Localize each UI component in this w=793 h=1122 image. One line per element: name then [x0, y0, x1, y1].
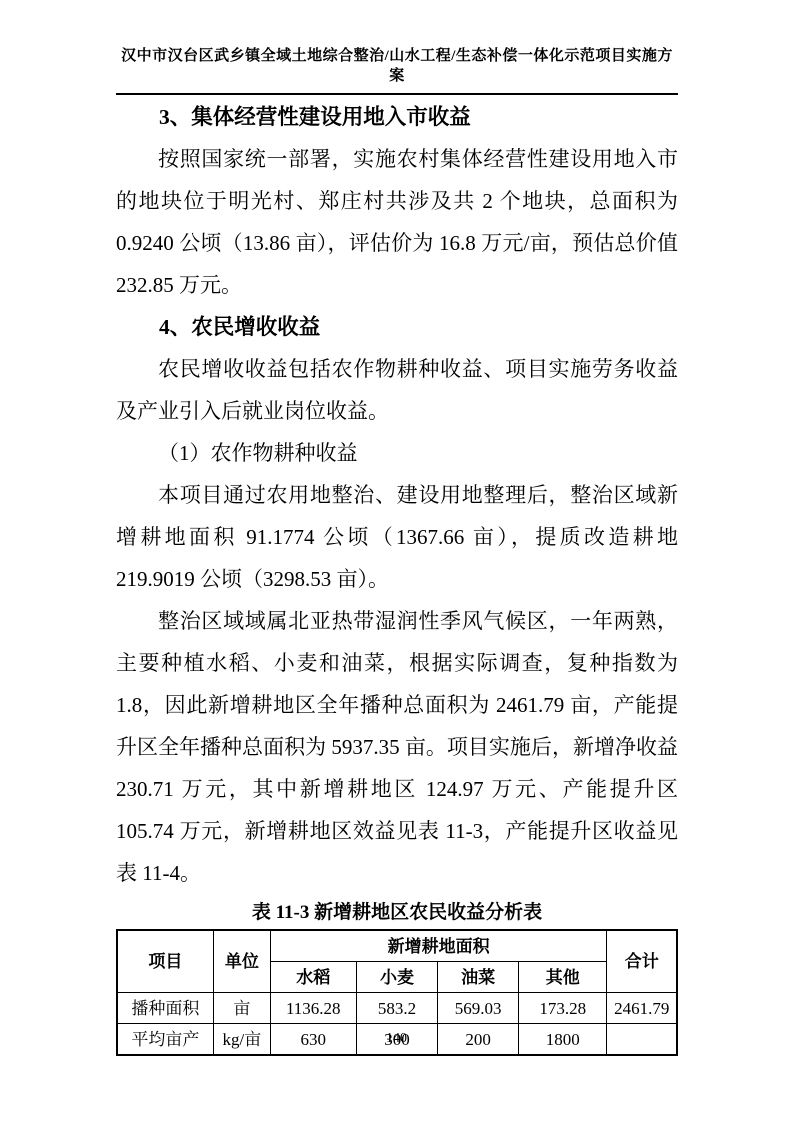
section-heading-3: 3、集体经营性建设用地入市收益 — [116, 96, 678, 138]
header-cell-other: 其他 — [518, 962, 606, 993]
header-cell-total: 合计 — [607, 930, 677, 993]
table-caption: 表 11-3 新增耕地区农民收益分析表 — [116, 898, 678, 928]
paragraph-climate-and-income: 整治区域域属北亚热带湿润性季风气候区，一年两熟，主要种植水稻、小麦和油菜，根据实… — [116, 600, 678, 894]
table-header-row-group: 项目 单位 新增耕地面积 合计 — [117, 930, 677, 962]
cell-rice: 1136.28 — [270, 993, 356, 1024]
cell-other: 173.28 — [518, 993, 606, 1024]
paragraph-new-farmland-area: 本项目通过农用地整治、建设用地整理后，整治区域新增耕地面积 91.1774 公顷… — [116, 474, 678, 600]
paragraph-farmer-income-overview: 农民增收收益包括农作物耕种收益、项目实施劳务收益及产业引入后就业岗位收益。 — [116, 348, 678, 432]
cell-item: 播种面积 — [117, 993, 213, 1024]
section-heading-4: 4、农民增收收益 — [116, 306, 678, 348]
header-cell-wheat: 小麦 — [356, 962, 438, 993]
cell-total: 2461.79 — [607, 993, 677, 1024]
cell-wheat: 583.2 — [356, 993, 438, 1024]
document-running-header: 汉中市汉台区武乡镇全域土地综合整治/山水工程/生态补偿一体化示范项目实施方案 — [116, 46, 678, 95]
paragraph-land-market-income: 按照国家统一部署，实施农村集体经营性建设用地入市的地块位于明光村、郑庄村共涉及共… — [116, 138, 678, 306]
document-body: 3、集体经营性建设用地入市收益 按照国家统一部署，实施农村集体经营性建设用地入市… — [116, 96, 678, 1056]
header-cell-rape: 油菜 — [438, 962, 519, 993]
header-cell-unit: 单位 — [213, 930, 270, 993]
sub-heading-crop-income: （1）农作物耕种收益 — [116, 432, 678, 474]
header-cell-group: 新增耕地面积 — [270, 930, 607, 962]
table-row-sown-area: 播种面积 亩 1136.28 583.2 569.03 173.28 2461.… — [117, 993, 677, 1024]
header-cell-rice: 水稻 — [270, 962, 356, 993]
cell-rape: 569.03 — [438, 993, 519, 1024]
header-cell-item: 项目 — [117, 930, 213, 993]
page-number: 140 — [0, 1030, 793, 1048]
running-header-text: 汉中市汉台区武乡镇全域土地综合整治/山水工程/生态补偿一体化示范项目实施方案 — [121, 48, 673, 84]
cell-unit: 亩 — [213, 993, 270, 1024]
